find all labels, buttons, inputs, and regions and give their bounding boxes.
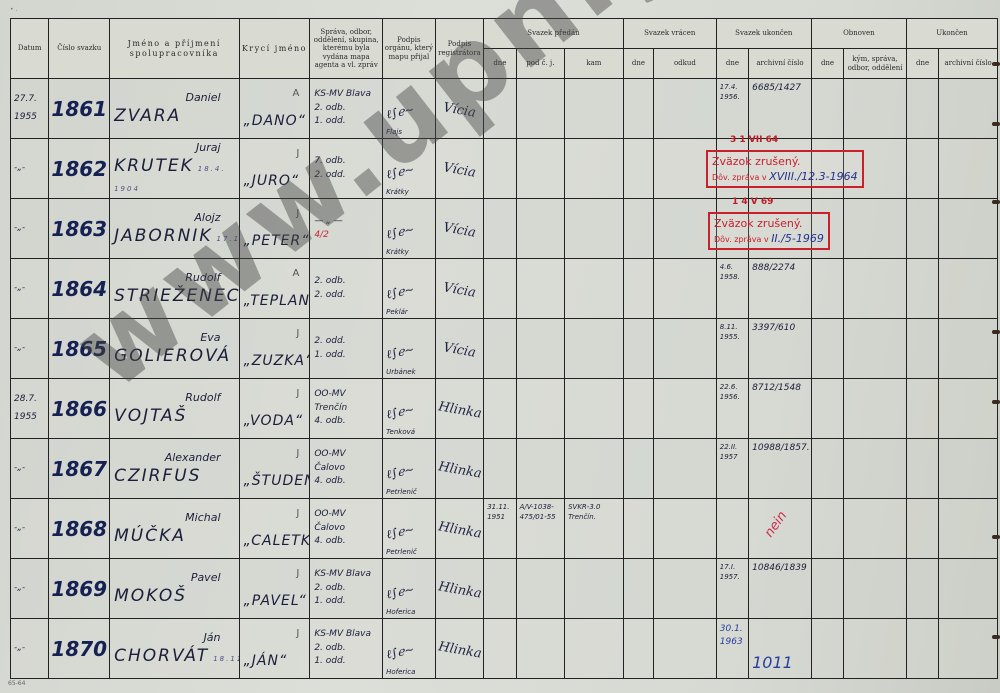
- ledger-page: • . Datum Číslo svazku Jméno a příjmení …: [0, 0, 1000, 693]
- last-name: STRIEŽENEC: [114, 286, 234, 306]
- cell-vracen-odkud: [654, 439, 717, 499]
- cell-ukoncen-dne: 17.4. 1956.: [716, 79, 748, 139]
- agent-register-table: Datum Číslo svazku Jméno a příjmení spol…: [10, 18, 998, 679]
- category-mark: J: [244, 328, 306, 339]
- unit-line: Trenčín: [314, 402, 378, 416]
- cell-jmeno: Eva GOLIEROVÁ: [110, 319, 239, 379]
- cell-datum: -„-: [11, 199, 49, 259]
- alias: „CALETKA“: [244, 533, 306, 549]
- red-annotation: nein: [762, 509, 790, 541]
- signature-scrawl: ℓ∫ℯ~: [385, 98, 433, 122]
- header-cislo-svazku: Číslo svazku: [49, 19, 110, 79]
- first-name: Alojz: [114, 211, 234, 224]
- unit-line: 2. odb.: [314, 642, 378, 656]
- cell-predan-kam: [565, 619, 624, 679]
- subheader-obnoven-dne: dne: [811, 49, 843, 79]
- category-mark: J: [244, 508, 306, 519]
- last-name-text: GOLIEROVÁ: [114, 346, 231, 366]
- last-name-text: VOJTAŠ: [114, 406, 187, 426]
- signer-name: Flajs: [386, 128, 402, 136]
- cell-predan-cj: A/V-1038-475/01-55: [516, 499, 565, 559]
- cell-cislo-svazku: 1864: [49, 259, 110, 319]
- cell-datum: -„-: [11, 439, 49, 499]
- cell-sprava: 2. odb.2. odd.: [310, 259, 383, 319]
- cell-vracen-odkud: [654, 619, 717, 679]
- cell-predan-cj: [516, 379, 565, 439]
- binding-hole: [992, 400, 1000, 404]
- cell-datum: 27.7. 1955: [11, 79, 49, 139]
- table-row: 28.7. 1955 1866 Rudolf VOJTAŠ J „VODA“ O…: [11, 379, 998, 439]
- subheader-ukoncen-dne: dne: [716, 49, 748, 79]
- stamp-title: Zväzok zrušený.: [714, 217, 824, 230]
- cell-vracen-odkud: [654, 199, 717, 259]
- table-row: -„- 1868 Michal MÚČKA J „CALETKA“ OO-MVČ…: [11, 499, 998, 559]
- first-name: Daniel: [114, 91, 234, 104]
- archive-number: 8712/1548: [752, 383, 801, 393]
- last-name: CHORVÁT18.11.1924: [114, 646, 234, 666]
- cell-sprava: 2. odd.1. odd.: [310, 319, 383, 379]
- cell-cislo-svazku: 1861: [49, 79, 110, 139]
- cell-podpis-organu: ℓ∫ℯ~ Peklár: [383, 259, 436, 319]
- unit-line: 1. odd.: [314, 595, 378, 609]
- cell-ukoncen-dne: 4.6. 1958.: [716, 259, 748, 319]
- last-name-text: KRUTEK: [114, 156, 194, 176]
- cell-obnoven-kym: [844, 559, 907, 619]
- birth-date: 18.11.1924: [213, 655, 239, 663]
- archive-number: 3397/610: [752, 323, 795, 333]
- last-name: KRUTEK18.4. 1904: [114, 156, 234, 196]
- cell-predan-kam: [565, 259, 624, 319]
- stamp-reference: II./5-1969: [771, 232, 824, 245]
- last-name: VOJTAŠ: [114, 406, 234, 426]
- cell-podpis-registratora: Vícia: [435, 79, 484, 139]
- cell-predan-dne: [484, 559, 516, 619]
- cell-vracen-odkud: [654, 259, 717, 319]
- cell-podpis-registratora: Hlinka: [435, 439, 484, 499]
- cell-jmeno: Ján CHORVÁT18.11.1924: [110, 619, 239, 679]
- subheader-obnoven-kym: kým, správa, odbor, oddělení: [844, 49, 907, 79]
- unit-line: 7. odb.: [314, 155, 378, 169]
- cell-obnoven-kym: [844, 199, 907, 259]
- unit-line: KS-MV Blava: [314, 88, 378, 102]
- unit-line: KS-MV Blava: [314, 568, 378, 582]
- cell-podpis-registratora: Hlinka: [435, 619, 484, 679]
- last-name-text: STRIEŽENEC: [114, 286, 239, 306]
- cell-predan-kam: [565, 139, 624, 199]
- first-name: Ján: [114, 631, 234, 644]
- cell-final-dne: [906, 259, 938, 319]
- category-mark: J: [244, 208, 306, 219]
- archive-number: 10846/1839: [752, 563, 807, 573]
- unit-line: 2. odd.: [314, 289, 378, 303]
- archive-number: 10988/1857.: [752, 443, 809, 453]
- cell-kryci-jmeno: J „JURO“: [239, 139, 310, 199]
- signer-name: Urbánek: [386, 368, 416, 376]
- cell-ukoncen-dne: [716, 499, 748, 559]
- category-mark: A: [244, 88, 306, 99]
- cancellation-stamp: 3 1 VII 64 Zväzok zrušený. Dôv. zpráva v…: [706, 150, 864, 188]
- cell-kryci-jmeno: J „VODA“: [239, 379, 310, 439]
- cell-ukoncen-archiv: 8712/1548: [749, 379, 812, 439]
- cell-jmeno: Alexander CZIRFUS: [110, 439, 239, 499]
- binding-hole: [992, 122, 1000, 126]
- subheader-vracen-dne: dne: [623, 49, 653, 79]
- last-name: ZVARA: [114, 106, 234, 126]
- cell-podpis-organu: ℓ∫ℯ~ Flajs: [383, 79, 436, 139]
- cell-predan-kam: [565, 79, 624, 139]
- cell-ukoncen-archiv: 6685/1427: [749, 79, 812, 139]
- signer-name: Krátky: [386, 248, 409, 256]
- unit-line: 4. odb.: [314, 535, 378, 549]
- cell-predan-dne: [484, 79, 516, 139]
- cell-cislo-svazku: 1865: [49, 319, 110, 379]
- cell-jmeno: Rudolf STRIEŽENEC: [110, 259, 239, 319]
- cell-datum: -„-: [11, 619, 49, 679]
- cell-predan-cj: [516, 319, 565, 379]
- signature-scrawl: ℓ∫ℯ~: [385, 398, 433, 422]
- cell-kryci-jmeno: A „TEPLAN“: [239, 259, 310, 319]
- table-row: 27.7. 1955 1861 Daniel ZVARA A „DANO“ KS…: [11, 79, 998, 139]
- subheader-predan-cj: pod č. j.: [516, 49, 565, 79]
- cell-predan-dne: [484, 439, 516, 499]
- last-name: CZIRFUS: [114, 466, 234, 486]
- unit-line: — „ —: [314, 215, 378, 229]
- alias: „PAVEL“: [244, 593, 306, 609]
- last-name: GOLIEROVÁ: [114, 346, 234, 366]
- cell-predan-dne: [484, 379, 516, 439]
- cell-obnoven-dne: [811, 259, 843, 319]
- cell-obnoven-kym: [844, 439, 907, 499]
- header-jmeno: Jméno a příjmení spolupracovníka: [110, 19, 239, 79]
- birth-date: 17.11.1899: [216, 235, 239, 243]
- cell-vracen-dne: [623, 439, 653, 499]
- table-row: -„- 1863 Alojz JABORNIK17.11.1899 J „PET…: [11, 199, 998, 259]
- cell-final-archiv: [939, 619, 998, 679]
- cell-predan-dne: [484, 199, 516, 259]
- cell-podpis-organu: ℓ∫ℯ~ Urbánek: [383, 319, 436, 379]
- signature-scrawl: ℓ∫ℯ~: [385, 638, 433, 662]
- cell-final-dne: [906, 619, 938, 679]
- cell-datum: -„-: [11, 259, 49, 319]
- cell-final-archiv: [939, 559, 998, 619]
- cell-jmeno: Daniel ZVARA: [110, 79, 239, 139]
- alias: „VODA“: [244, 413, 306, 429]
- cell-predan-dne: 31.11. 1951: [484, 499, 516, 559]
- cell-ukoncen-dne: 22.II. 1957: [716, 439, 748, 499]
- signature-scrawl: ℓ∫ℯ~: [385, 458, 433, 482]
- signer-name: Petrlenič: [386, 488, 417, 496]
- cell-kryci-jmeno: J „ZUZKA“: [239, 319, 310, 379]
- cell-ukoncen-archiv: nein: [749, 499, 812, 559]
- binding-hole: [992, 330, 1000, 334]
- registrar-signature: Hlinka: [437, 520, 482, 542]
- cell-predan-dne: [484, 319, 516, 379]
- cell-datum: -„-: [11, 319, 49, 379]
- cell-vracen-odkud: [654, 559, 717, 619]
- registrar-signature: Hlinka: [437, 460, 482, 482]
- archive-number: 1011: [752, 653, 793, 672]
- cell-final-dne: [906, 439, 938, 499]
- cell-podpis-registratora: Vícia: [435, 259, 484, 319]
- cell-cislo-svazku: 1863: [49, 199, 110, 259]
- cell-podpis-organu: ℓ∫ℯ~ Krátky: [383, 199, 436, 259]
- alias: „PETER“: [244, 233, 306, 249]
- cell-ukoncen-archiv: 10846/1839: [749, 559, 812, 619]
- registrar-signature: Hlinka: [437, 640, 482, 662]
- cell-predan-cj: [516, 199, 565, 259]
- cell-podpis-organu: ℓ∫ℯ~ Petrlenič: [383, 499, 436, 559]
- alias: „DANO“: [244, 113, 306, 129]
- table-row: -„- 1870 Ján CHORVÁT18.11.1924 J „JÁN“ K…: [11, 619, 998, 679]
- cell-podpis-registratora: Vícia: [435, 319, 484, 379]
- registrar-signature: Vícia: [442, 161, 477, 181]
- cell-predan-cj: [516, 259, 565, 319]
- stamp-line: Dôv. zpráva v XVIII./12.3-1964: [712, 170, 858, 183]
- first-name: Alexander: [114, 451, 234, 464]
- cell-vracen-dne: [623, 199, 653, 259]
- cell-sprava: OO-MVČalovo4. odb.: [310, 439, 383, 499]
- category-mark: J: [244, 388, 306, 399]
- header-podpis-registratora: Podpis registrátora: [435, 19, 484, 79]
- alias: „JURO“: [244, 173, 306, 189]
- cell-obnoven-dne: [811, 439, 843, 499]
- cell-kryci-jmeno: J „JÁN“: [239, 619, 310, 679]
- first-name: Rudolf: [114, 271, 234, 284]
- cell-vracen-dne: [623, 79, 653, 139]
- cell-vracen-dne: [623, 259, 653, 319]
- cell-final-archiv: [939, 199, 998, 259]
- cell-jmeno: Alojz JABORNIK17.11.1899: [110, 199, 239, 259]
- stamp-title: Zväzok zrušený.: [712, 155, 858, 168]
- header-ukoncen: Ukončen: [906, 19, 997, 49]
- signer-name: Peklár: [386, 308, 408, 316]
- cell-podpis-organu: ℓ∫ℯ~ Tenková: [383, 379, 436, 439]
- cell-ukoncen-archiv: 3397/610: [749, 319, 812, 379]
- cell-vracen-dne: [623, 379, 653, 439]
- last-name-text: CHORVÁT: [114, 646, 209, 666]
- cell-predan-cj: [516, 139, 565, 199]
- unit-line: 1. odd.: [314, 349, 378, 363]
- cell-predan-cj: [516, 79, 565, 139]
- unit-line: Čalovo: [314, 462, 378, 476]
- cell-datum: -„-: [11, 499, 49, 559]
- unit-line: OO-MV: [314, 508, 378, 522]
- signature-scrawl: ℓ∫ℯ~: [385, 218, 433, 242]
- cell-final-archiv: [939, 499, 998, 559]
- category-mark: J: [244, 568, 306, 579]
- cell-cislo-svazku: 1867: [49, 439, 110, 499]
- table-row: -„- 1865 Eva GOLIEROVÁ J „ZUZKA“ 2. odd.…: [11, 319, 998, 379]
- cell-sprava: — „ —4/2: [310, 199, 383, 259]
- last-name-text: MÚČKA: [114, 526, 186, 546]
- cell-obnoven-dne: [811, 319, 843, 379]
- last-name-text: MOKOŠ: [114, 586, 187, 606]
- unit-line: OO-MV: [314, 448, 378, 462]
- binding-hole: [992, 62, 1000, 66]
- cell-podpis-organu: ℓ∫ℯ~ Petrlenič: [383, 439, 436, 499]
- cell-jmeno: Pavel MOKOŠ: [110, 559, 239, 619]
- stamp-line: Dôv. zpráva v II./5-1969: [714, 232, 824, 245]
- cell-datum: -„-: [11, 139, 49, 199]
- unit-line: KS-MV Blava: [314, 628, 378, 642]
- cell-final-archiv: [939, 439, 998, 499]
- header-datum: Datum: [11, 19, 49, 79]
- cell-predan-kam: [565, 439, 624, 499]
- cell-predan-cj: [516, 559, 565, 619]
- subheader-predan-kam: kam: [565, 49, 624, 79]
- cell-ukoncen-archiv: 888/2274: [749, 259, 812, 319]
- unit-line: Čalovo: [314, 522, 378, 536]
- signer-name: Hoferica: [386, 608, 415, 616]
- unit-line: 1. odd.: [314, 115, 378, 129]
- cell-jmeno: Juraj KRUTEK18.4. 1904: [110, 139, 239, 199]
- alias: „ŠTUDENT“: [244, 473, 306, 489]
- stamp-date: 3 1 VII 64: [730, 135, 778, 145]
- alias: „ZUZKA“: [244, 353, 306, 369]
- cell-datum: 28.7. 1955: [11, 379, 49, 439]
- cell-podpis-registratora: Hlinka: [435, 499, 484, 559]
- signature-scrawl: ℓ∫ℯ~: [385, 158, 433, 182]
- last-name: MÚČKA: [114, 526, 234, 546]
- last-name: JABORNIK17.11.1899: [114, 226, 234, 246]
- cell-vracen-odkud: [654, 379, 717, 439]
- cell-vracen-dne: [623, 499, 653, 559]
- cell-sprava: KS-MV Blava2. odb.1. odd.: [310, 619, 383, 679]
- last-name-text: ZVARA: [114, 106, 181, 126]
- cell-sprava: KS-MV Blava2. odb.1. odd.: [310, 79, 383, 139]
- cell-obnoven-kym: [844, 319, 907, 379]
- cell-vracen-odkud: [654, 499, 717, 559]
- cell-obnoven-kym: [844, 379, 907, 439]
- stamp-prefix: Dôv. zpráva v: [712, 173, 767, 182]
- cell-cislo-svazku: 1868: [49, 499, 110, 559]
- binding-hole: [992, 200, 1000, 204]
- first-name: Eva: [114, 331, 234, 344]
- cell-cislo-svazku: 1869: [49, 559, 110, 619]
- cell-final-dne: [906, 199, 938, 259]
- signer-name: Krátky: [386, 188, 409, 196]
- cell-obnoven-dne: [811, 559, 843, 619]
- cell-final-dne: [906, 379, 938, 439]
- subheader-predan-dne: dne: [484, 49, 516, 79]
- unit-line: 2. odb.: [314, 582, 378, 596]
- cell-predan-kam: [565, 199, 624, 259]
- cell-predan-cj: [516, 439, 565, 499]
- header-svazek-ukoncen: Svazek ukončen: [716, 19, 811, 49]
- cell-final-archiv: [939, 79, 998, 139]
- cell-podpis-organu: ℓ∫ℯ~ Hoferica: [383, 559, 436, 619]
- cell-vracen-odkud: [654, 319, 717, 379]
- signature-scrawl: ℓ∫ℯ~: [385, 338, 433, 362]
- cell-obnoven-kym: [844, 259, 907, 319]
- cell-kryci-jmeno: A „DANO“: [239, 79, 310, 139]
- cell-ukoncen-dne: 30.1. 1963: [716, 619, 748, 679]
- cell-vracen-dne: [623, 559, 653, 619]
- cell-ukoncen-archiv: 10988/1857.: [749, 439, 812, 499]
- table-row: -„- 1867 Alexander CZIRFUS J „ŠTUDENT“ O…: [11, 439, 998, 499]
- cell-ukoncen-dne: 8.11. 1955.: [716, 319, 748, 379]
- unit-line: 1. odd.: [314, 655, 378, 669]
- category-mark: J: [244, 448, 306, 459]
- cell-predan-cj: [516, 619, 565, 679]
- cell-final-archiv: [939, 379, 998, 439]
- unit-line: OO-MV: [314, 388, 378, 402]
- cell-obnoven-dne: [811, 379, 843, 439]
- header-svazek-predan: Svazek předán: [484, 19, 624, 49]
- stamp-reference: XVIII./12.3-1964: [769, 170, 857, 183]
- cell-podpis-registratora: Hlinka: [435, 559, 484, 619]
- first-name: Pavel: [114, 571, 234, 584]
- cell-obnoven-kym: [844, 619, 907, 679]
- unit-line: 2. odd.: [314, 169, 378, 183]
- cell-kryci-jmeno: J „ŠTUDENT“: [239, 439, 310, 499]
- subheader-vracen-odkud: odkud: [654, 49, 717, 79]
- signer-name: Hoferica: [386, 668, 415, 676]
- unit-line: 2. odb.: [314, 275, 378, 289]
- cell-cislo-svazku: 1862: [49, 139, 110, 199]
- corner-mark: • .: [10, 6, 17, 13]
- header-obnoven: Obnoven: [811, 19, 906, 49]
- cell-predan-dne: [484, 139, 516, 199]
- cell-predan-dne: [484, 619, 516, 679]
- cell-obnoven-dne: [811, 79, 843, 139]
- cell-predan-kam: [565, 379, 624, 439]
- cell-jmeno: Rudolf VOJTAŠ: [110, 379, 239, 439]
- registrar-signature: Hlinka: [437, 580, 482, 602]
- cell-vracen-dne: [623, 319, 653, 379]
- cell-final-archiv: [939, 139, 998, 199]
- first-name: Rudolf: [114, 391, 234, 404]
- registrar-signature: Hlinka: [437, 400, 482, 422]
- cell-final-dne: [906, 499, 938, 559]
- cell-final-dne: [906, 319, 938, 379]
- subheader-ukoncen-archiv: archivní číslo: [749, 49, 812, 79]
- cell-datum: -„-: [11, 559, 49, 619]
- cell-vracen-dne: [623, 619, 653, 679]
- signer-name: Petrlenič: [386, 548, 417, 556]
- registrar-signature: Vícia: [442, 221, 477, 241]
- stamp-date: 1 4 V 69: [732, 197, 773, 207]
- cell-podpis-organu: ℓ∫ℯ~ Hoferica: [383, 619, 436, 679]
- subheader-final-dne: dne: [906, 49, 938, 79]
- header-svazek-vracen: Svazek vrácen: [623, 19, 716, 49]
- signer-name: Tenková: [386, 428, 415, 436]
- alias: „TEPLAN“: [244, 293, 306, 309]
- registrar-signature: Vícia: [442, 281, 477, 301]
- registrar-signature: Vícia: [442, 341, 477, 361]
- subheader-final-archiv: archivní číslo: [939, 49, 998, 79]
- binding-hole: [992, 635, 1000, 639]
- archive-number: 6685/1427: [752, 83, 801, 93]
- cell-ukoncen-dne: 17.I. 1957.: [716, 559, 748, 619]
- cell-podpis-registratora: Hlinka: [435, 379, 484, 439]
- footer-code: 65-64: [8, 680, 25, 687]
- cell-obnoven-kym: [844, 499, 907, 559]
- category-mark: J: [244, 148, 306, 159]
- table-row: -„- 1864 Rudolf STRIEŽENEC A „TEPLAN“ 2.…: [11, 259, 998, 319]
- header-sprava: Správa, odbor, oddělení, skupina, kterém…: [310, 19, 383, 79]
- last-name-text: CZIRFUS: [114, 466, 201, 486]
- cell-ukoncen-archiv: 1011: [749, 619, 812, 679]
- unit-note: 4/2: [314, 229, 378, 243]
- first-name: Michal: [114, 511, 234, 524]
- cell-kryci-jmeno: J „PAVEL“: [239, 559, 310, 619]
- cell-vracen-dne: [623, 139, 653, 199]
- cell-final-archiv: [939, 319, 998, 379]
- cell-sprava: 7. odb.2. odd.: [310, 139, 383, 199]
- cell-ukoncen-dne: 22.6. 1956.: [716, 379, 748, 439]
- signature-scrawl: ℓ∫ℯ~: [385, 278, 433, 302]
